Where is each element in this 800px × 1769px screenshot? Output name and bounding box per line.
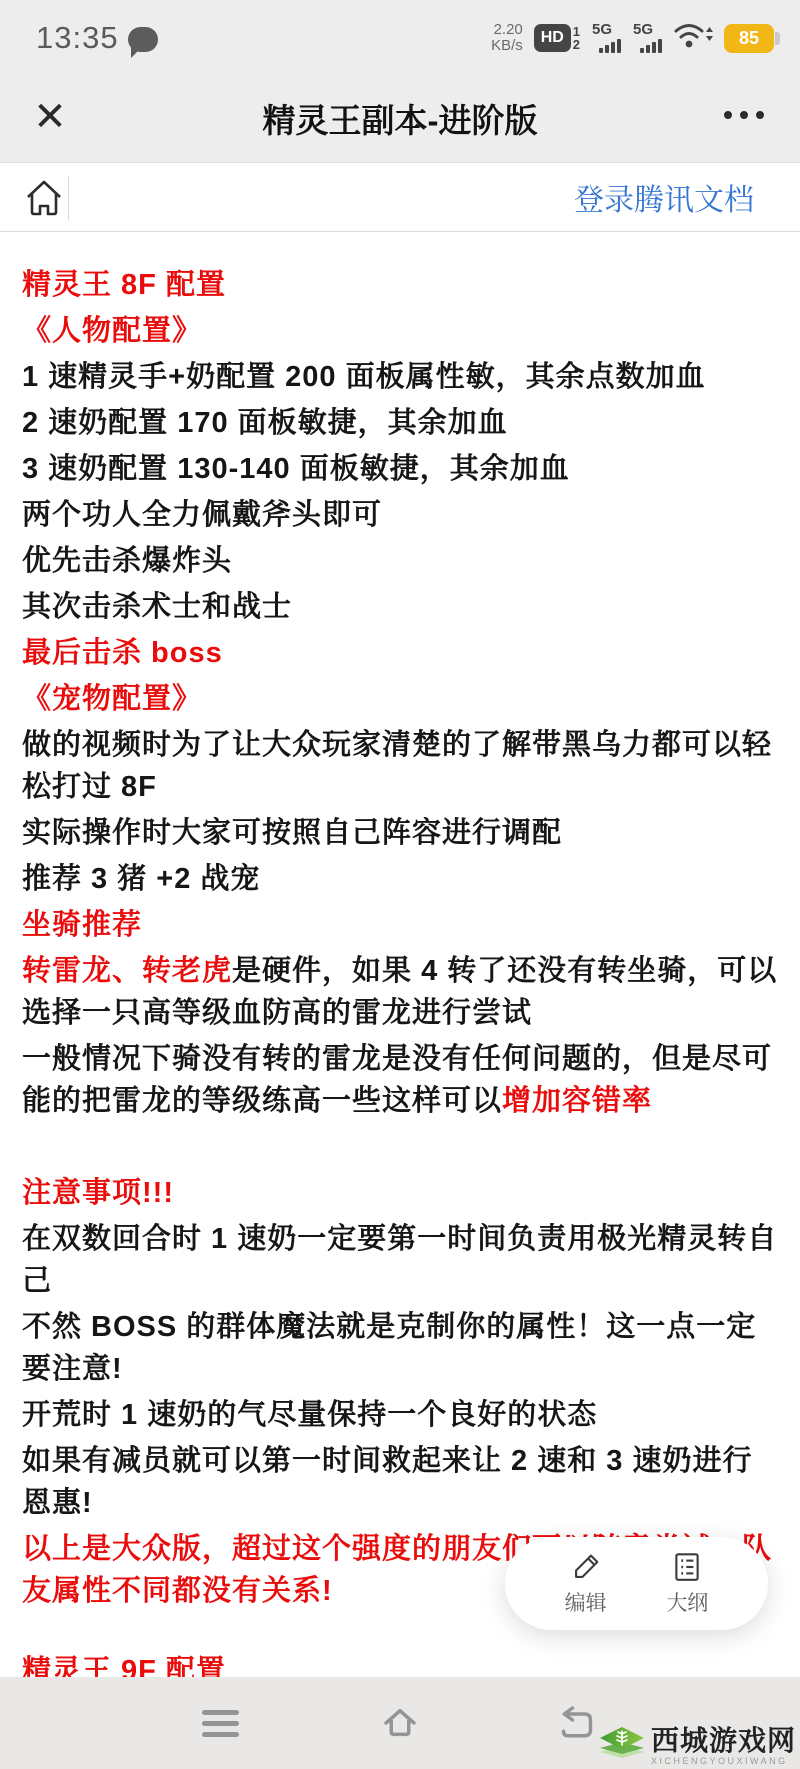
doc-paragraph: 转雷龙、转老虎是硬件，如果 4 转了还没有转坐骑，可以选择一只高等级血防高的雷龙… <box>22 950 780 1034</box>
doc-paragraph: 如果有减员就可以第一时间救起来让 2 速和 3 速奶进行恩惠! <box>22 1440 780 1524</box>
hd-icon: HD <box>534 24 571 52</box>
status-bar: 13:35 2.20 KB/s HD 1 2 5G 5G <box>0 0 800 75</box>
doc-paragraph: 实际操作时大家可按照自己阵容进行调配 <box>22 812 780 854</box>
sim-indicators: 1 2 <box>573 25 580 51</box>
header-divider <box>68 176 69 220</box>
signal2-label: 5G <box>633 23 653 37</box>
doc-paragraph: 精灵王 9F 配置 <box>22 1650 780 1677</box>
doc-paragraph: 2 速奶配置 170 面板敏捷，其余加血 <box>22 402 780 444</box>
signal1-bars <box>599 39 621 53</box>
text-run: 不然 BOSS 的群体魔法就是克制你的属性！这一点一定要注意! <box>22 1311 756 1385</box>
sim2-label: 2 <box>573 38 580 51</box>
text-run-red: 转雷龙、转老虎 <box>22 955 232 987</box>
doc-paragraph: 推荐 3 猪 +2 战宠 <box>22 858 780 900</box>
menu-icon[interactable] <box>192 1695 248 1751</box>
edit-label: 编辑 <box>565 1587 607 1617</box>
text-run: 两个功人全力佩戴斧头即可 <box>22 499 382 531</box>
network-speed: 2.20 KB/s <box>491 22 523 54</box>
network-speed-value: 2.20 <box>491 22 523 38</box>
doc-paragraph: 《宠物配置》 <box>22 678 780 720</box>
text-run: 推荐 3 猪 +2 战宠 <box>22 863 260 895</box>
text-run: 做的视频时为了让大众玩家清楚的了解带黑乌力都可以轻松打过 8F <box>22 729 772 803</box>
text-run-red: 注意事项!!! <box>22 1177 174 1209</box>
doc-paragraph: 优先击杀爆炸头 <box>22 540 780 582</box>
more-icon[interactable] <box>724 111 764 119</box>
text-run-red: 最后击杀 boss <box>22 637 223 669</box>
text-run-red: 精灵王 9F 配置 <box>22 1655 226 1677</box>
pencil-icon <box>569 1550 603 1584</box>
signal2-icon: 5G <box>632 23 662 53</box>
watermark-text: 西城游戏网 XICHENGYOUXIWANG <box>651 1726 796 1766</box>
login-tencent-docs-link[interactable]: 登录腾讯文档 <box>574 163 754 231</box>
text-run: 其次击杀术士和战士 <box>22 591 292 623</box>
paragraph-spacer <box>22 1126 780 1172</box>
page-title: 精灵王副本-进阶版 <box>0 75 800 162</box>
home-icon[interactable] <box>372 1695 428 1751</box>
doc-paragraph: 一般情况下骑没有转的雷龙是没有任何问题的，但是尽可能的把雷龙的等级练高一些这样可… <box>22 1038 780 1122</box>
doc-paragraph: 做的视频时为了让大众玩家清楚的了解带黑乌力都可以轻松打过 8F <box>22 724 780 808</box>
title-bar: 精灵王副本-进阶版 ✕ <box>0 75 800 162</box>
doc-header: 登录腾讯文档 <box>0 163 800 232</box>
home-icon[interactable] <box>22 176 66 220</box>
text-run: 一般情况下骑没有转的雷龙是没有任何问题的，但是尽可能的把雷龙的等级练高一些这样可… <box>22 1043 772 1117</box>
signal-icon: 5G <box>591 23 621 53</box>
outline-label: 大纲 <box>666 1587 708 1617</box>
text-run-red: 增加容错率 <box>502 1085 652 1117</box>
doc-paragraph: 1 速精灵手+奶配置 200 面板属性敏，其余点数加血 <box>22 356 780 398</box>
status-icons: 2.20 KB/s HD 1 2 5G 5G <box>491 12 774 64</box>
clock: 13:35 <box>36 20 119 56</box>
text-run-red: 坐骑推荐 <box>22 909 142 941</box>
doc-paragraph: 注意事项!!! <box>22 1172 780 1214</box>
wifi-icon <box>673 19 713 58</box>
top-bar-background: 13:35 2.20 KB/s HD 1 2 5G 5G <box>0 0 800 163</box>
back-icon[interactable] <box>549 1695 605 1751</box>
text-run: 如果有减员就可以第一时间救起来让 2 速和 3 速奶进行恩惠! <box>22 1445 753 1519</box>
message-bubble-icon <box>128 27 158 52</box>
text-run: 实际操作时大家可按照自己阵容进行调配 <box>22 817 562 849</box>
battery-icon: 85 <box>724 24 774 53</box>
signal1-label: 5G <box>592 23 612 37</box>
watermark-name: 西城游戏网 <box>651 1726 796 1756</box>
text-run-red: 《人物配置》 <box>22 315 202 347</box>
text-run-red: 精灵王 8F 配置 <box>22 269 226 301</box>
watermark-subtitle: XICHENGYOUXIWANG <box>651 1756 796 1766</box>
wheat-logo-icon <box>599 1726 645 1769</box>
outline-button[interactable]: 大纲 <box>666 1550 708 1617</box>
text-run-red: 《宠物配置》 <box>22 683 202 715</box>
doc-paragraph: 《人物配置》 <box>22 310 780 352</box>
doc-paragraph: 开荒时 1 速奶的气尽量保持一个良好的状态 <box>22 1394 780 1436</box>
doc-paragraph: 3 速奶配置 130-140 面板敏捷，其余加血 <box>22 448 780 490</box>
signal2-bars <box>640 39 662 53</box>
text-run: 优先击杀爆炸头 <box>22 545 232 577</box>
doc-paragraph: 坐骑推荐 <box>22 904 780 946</box>
close-icon[interactable]: ✕ <box>26 93 74 141</box>
text-run: 2 速奶配置 170 面板敏捷，其余加血 <box>22 407 508 439</box>
edit-button[interactable]: 编辑 <box>565 1550 607 1617</box>
text-run: 开荒时 1 速奶的气尽量保持一个良好的状态 <box>22 1399 597 1431</box>
doc-paragraph: 不然 BOSS 的群体魔法就是克制你的属性！这一点一定要注意! <box>22 1306 780 1390</box>
doc-paragraph: 精灵王 8F 配置 <box>22 264 780 306</box>
network-speed-unit: KB/s <box>491 38 523 54</box>
doc-paragraph: 在双数回合时 1 速奶一定要第一时间负责用极光精灵转自己 <box>22 1218 780 1302</box>
document-body[interactable]: 精灵王 8F 配置《人物配置》1 速精灵手+奶配置 200 面板属性敏，其余点数… <box>0 232 800 1677</box>
floating-toolbar: 编辑 大纲 <box>505 1537 768 1630</box>
outline-icon <box>670 1550 704 1584</box>
site-watermark: 西城游戏网 XICHENGYOUXIWANG <box>599 1726 796 1769</box>
doc-paragraph: 其次击杀术士和战士 <box>22 586 780 628</box>
text-run: 1 速精灵手+奶配置 200 面板属性敏，其余点数加血 <box>22 361 706 393</box>
text-run: 在双数回合时 1 速奶一定要第一时间负责用极光精灵转自己 <box>22 1223 777 1297</box>
text-run: 3 速奶配置 130-140 面板敏捷，其余加血 <box>22 453 570 485</box>
hd-volte-indicator: HD 1 2 <box>534 24 580 52</box>
doc-paragraph: 两个功人全力佩戴斧头即可 <box>22 494 780 536</box>
doc-paragraph: 最后击杀 boss <box>22 632 780 674</box>
